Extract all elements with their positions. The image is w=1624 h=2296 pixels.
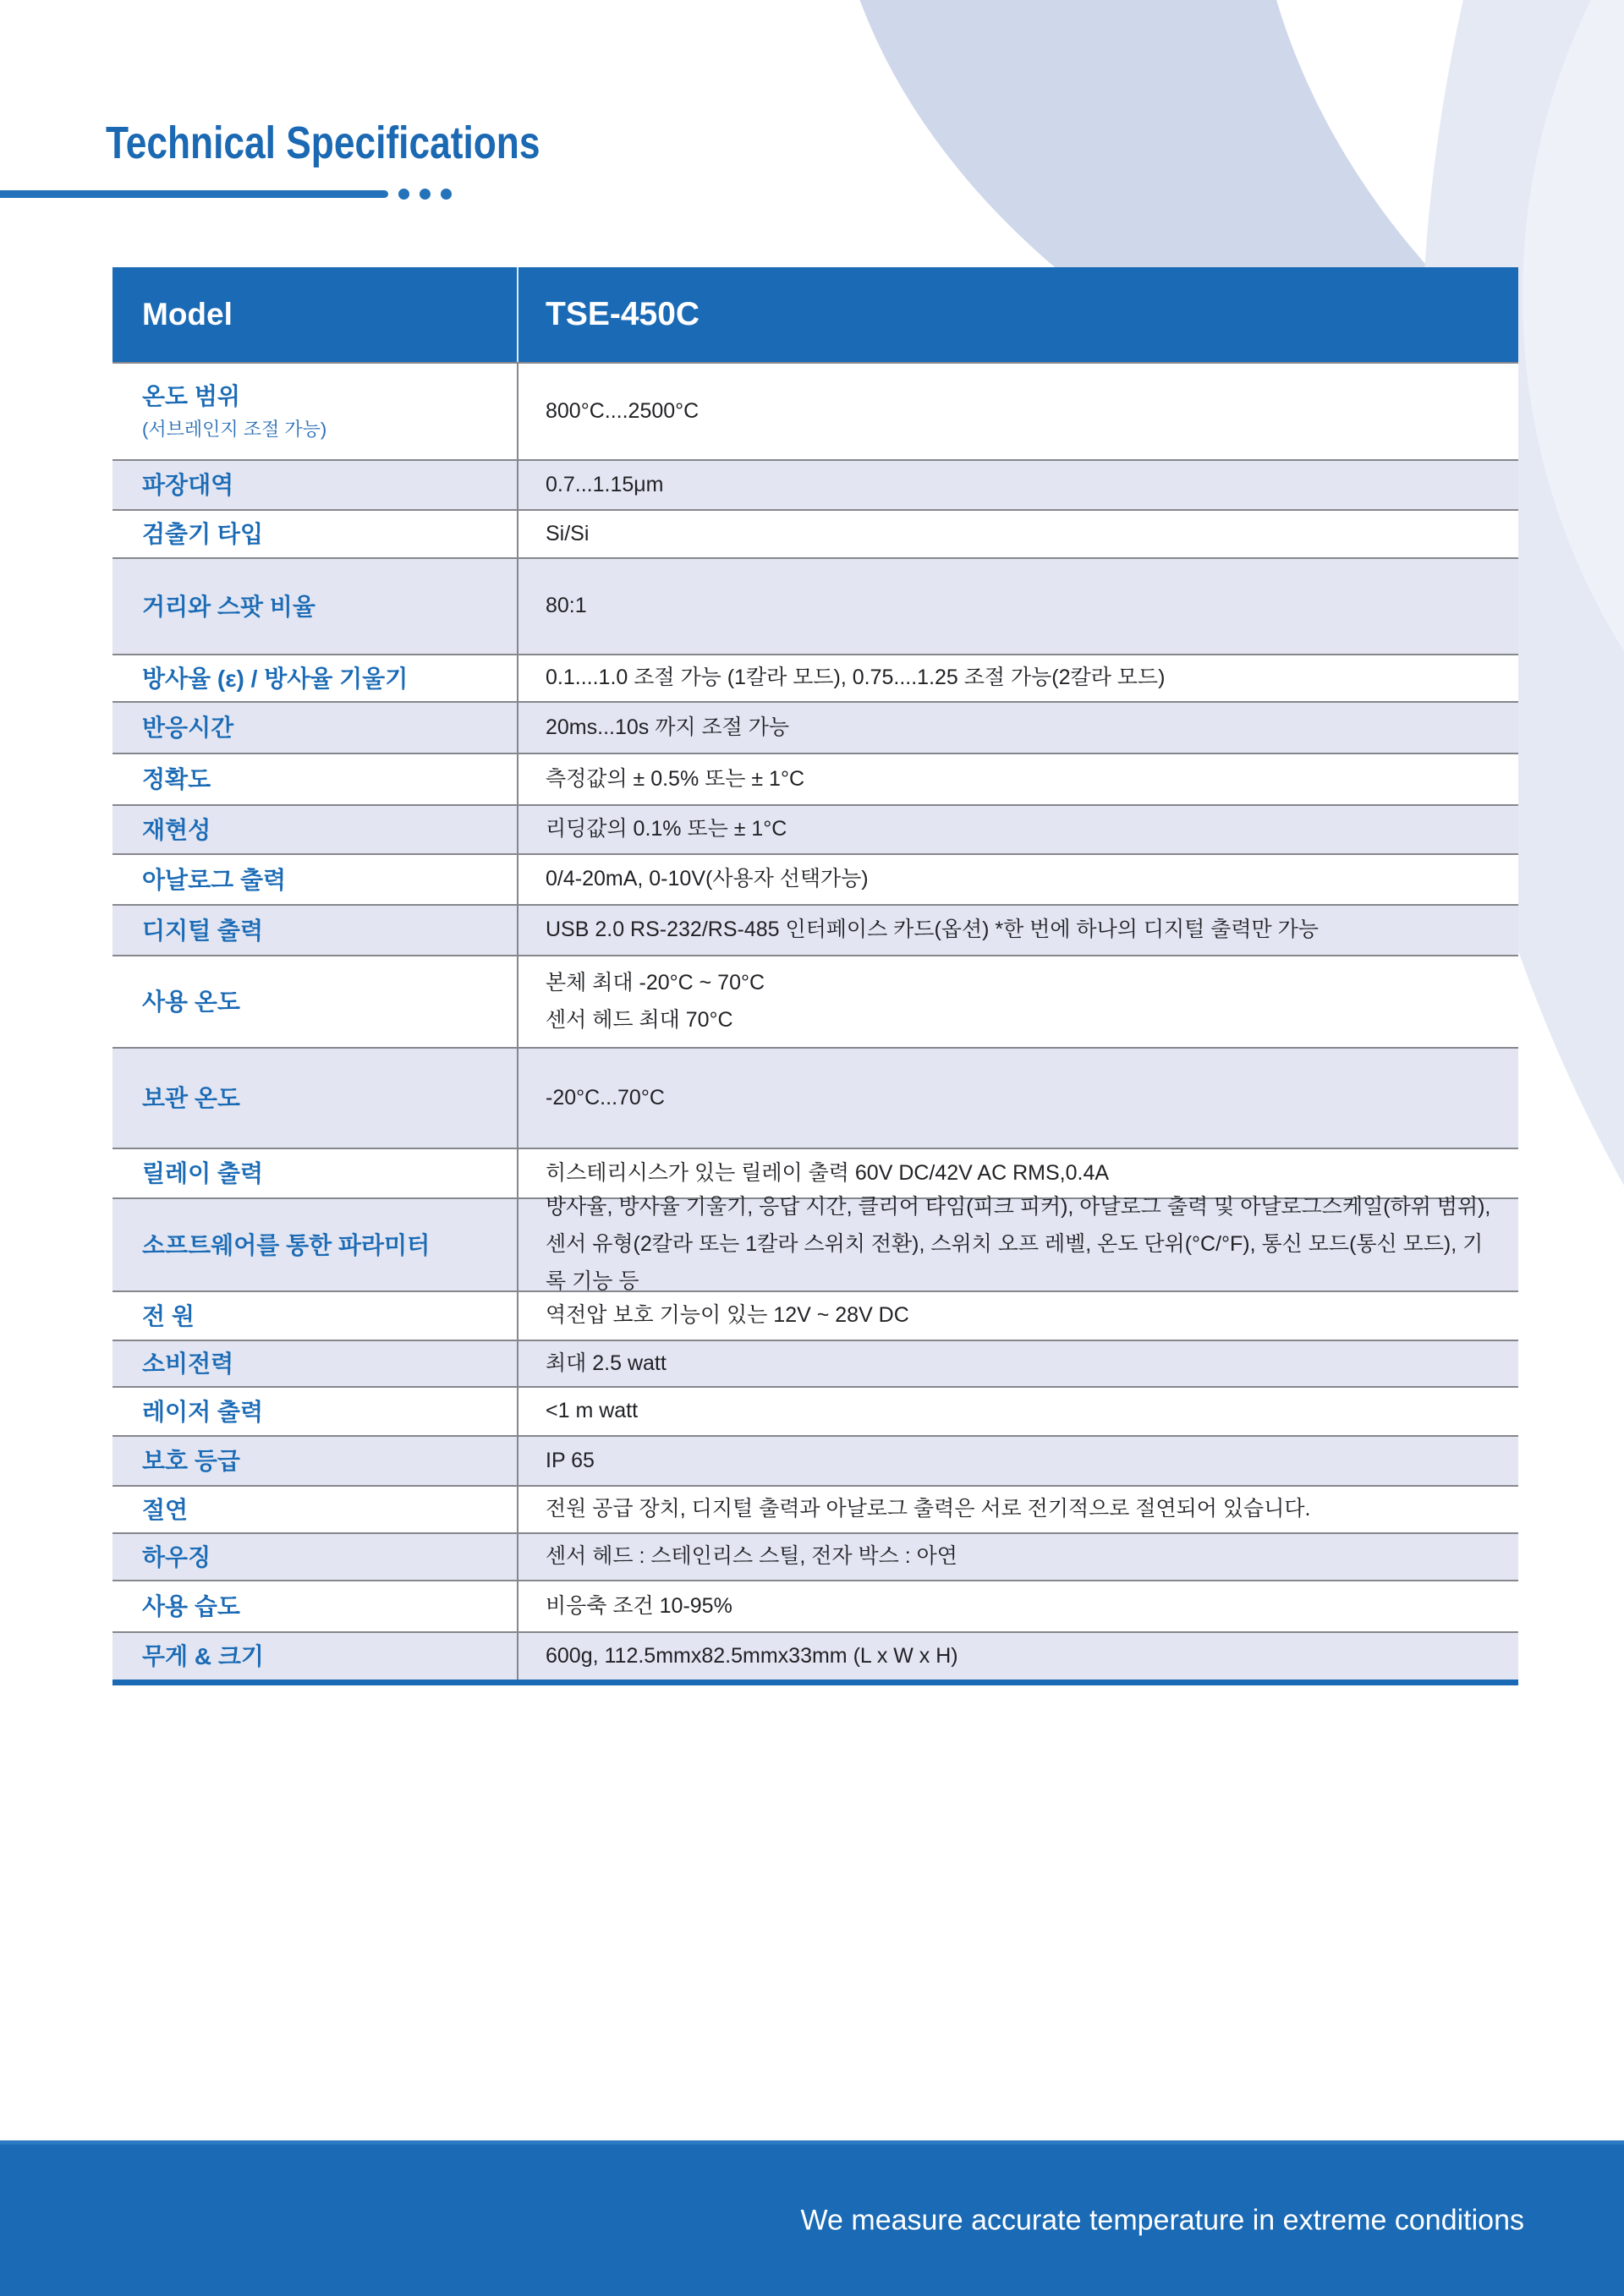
spec-value-line: 최대 2.5 watt [546, 1345, 1501, 1383]
spec-label-cell: 검출기 타입 [112, 511, 518, 557]
spec-label-text: 보관 온도 [142, 1083, 517, 1113]
model-header-value: TSE-450C [518, 267, 1518, 362]
spec-row-3: 검출기 타입Si/Si [112, 509, 1518, 557]
model-header-label: Model [112, 267, 518, 362]
spec-row-12: 보관 온도-20°C...70°C [112, 1047, 1518, 1148]
spec-value-line: 센서 헤드 : 스테인리스 스틸, 전자 박스 : 아연 [546, 1538, 1501, 1575]
spec-label-cell: 아날로그 출력 [112, 855, 518, 904]
spec-sublabel-text: (서브레인지 조절 가능) [142, 415, 517, 441]
spec-label-cell: 하우징 [112, 1534, 518, 1580]
spec-row-2: 파장대역0.7...1.15μm [112, 459, 1518, 509]
spec-value-line: 800°C....2500°C [546, 393, 1501, 430]
spec-label-text: 검출기 타입 [142, 519, 517, 549]
spec-label-text: 무게 & 크기 [142, 1641, 517, 1671]
spec-label-text: 전 원 [142, 1301, 517, 1331]
spec-value-line: 0/4-20mA, 0-10V(사용자 선택가능) [546, 861, 1501, 898]
spec-value-line: USB 2.0 RS-232/RS-485 인터페이스 카드(옵션) *한 번에… [546, 912, 1501, 949]
spec-label-text: 재현성 [142, 815, 517, 845]
spec-table-header-row: Model TSE-450C [112, 267, 1518, 362]
spec-label-cell: 사용 온도 [112, 956, 518, 1047]
spec-label-text: 절연 [142, 1495, 517, 1525]
spec-label-cell: 정확도 [112, 754, 518, 804]
spec-label-text: 소프트웨어를 통한 파라미터 [142, 1230, 517, 1260]
spec-label-cell: 레이저 출력 [112, 1388, 518, 1435]
spec-row-18: 보호 등급IP 65 [112, 1435, 1518, 1485]
spec-value-line: 측정값의 ± 0.5% 또는 ± 1°C [546, 761, 1501, 798]
spec-label-cell: 반응시간 [112, 703, 518, 753]
spec-value-cell: 방사율, 방사율 기울기, 응답 시간, 클리어 타임(피크 피커), 아날로그… [518, 1199, 1518, 1290]
spec-value-line: <1 m watt [546, 1393, 1501, 1430]
spec-label-text: 디지털 출력 [142, 916, 517, 945]
page-title: Technical Specifications [106, 117, 540, 169]
underline-dot-2 [420, 189, 431, 200]
spec-value-cell: -20°C...70°C [518, 1049, 1518, 1148]
spec-value-line: 역전압 보호 기능이 있는 12V ~ 28V DC [546, 1297, 1501, 1334]
spec-row-20: 하우징센서 헤드 : 스테인리스 스틸, 전자 박스 : 아연 [112, 1532, 1518, 1580]
spec-value-line: 80:1 [546, 588, 1501, 625]
page-footer: We measure accurate temperature in extre… [0, 2140, 1624, 2296]
spec-value-line: 센서 헤드 최대 70°C [546, 1002, 1501, 1039]
underline-dot-1 [398, 189, 409, 200]
spec-label-cell: 소프트웨어를 통한 파라미터 [112, 1199, 518, 1290]
spec-label-cell: 전 원 [112, 1292, 518, 1340]
title-underline [0, 189, 452, 200]
spec-row-14: 소프트웨어를 통한 파라미터방사율, 방사율 기울기, 응답 시간, 클리어 타… [112, 1197, 1518, 1290]
spec-label-cell: 보호 등급 [112, 1437, 518, 1485]
spec-value-cell: 전원 공급 장치, 디지털 출력과 아날로그 출력은 서로 전기적으로 절연되어… [518, 1487, 1518, 1532]
spec-row-1: 온도 범위(서브레인지 조절 가능)800°C....2500°C [112, 362, 1518, 459]
spec-row-17: 레이저 출력<1 m watt [112, 1386, 1518, 1435]
spec-value-line: 센서 유형(2칼라 또는 1칼라 스위치 전환), 스위치 오프 레벨, 온도 … [546, 1226, 1501, 1301]
spec-row-5: 방사율 (ε) / 방사율 기울기0.1....1.0 조절 가능 (1칼라 모… [112, 654, 1518, 701]
spec-label-cell: 디지털 출력 [112, 906, 518, 955]
spec-value-line: 비응축 조건 10-95% [546, 1588, 1501, 1625]
spec-value-cell: 최대 2.5 watt [518, 1341, 1518, 1386]
spec-label-cell: 온도 범위(서브레인지 조절 가능) [112, 364, 518, 459]
spec-value-cell: 0.7...1.15μm [518, 461, 1518, 509]
spec-label-text: 레이저 출력 [142, 1397, 517, 1427]
spec-label-cell: 소비전력 [112, 1341, 518, 1386]
underline-line [0, 190, 388, 198]
spec-value-cell: 0/4-20mA, 0-10V(사용자 선택가능) [518, 855, 1518, 904]
spec-row-7: 정확도측정값의 ± 0.5% 또는 ± 1°C [112, 753, 1518, 804]
spec-value-cell: 본체 최대 -20°C ~ 70°C센서 헤드 최대 70°C [518, 956, 1518, 1047]
spec-label-text: 아날로그 출력 [142, 865, 517, 895]
spec-value-cell: 20ms...10s 까지 조절 가능 [518, 703, 1518, 753]
spec-row-4: 거리와 스팟 비율80:1 [112, 557, 1518, 654]
spec-label-text: 하우징 [142, 1543, 517, 1572]
spec-label-text: 파장대역 [142, 470, 517, 500]
background-shape-corner-lightest [1522, 0, 1624, 930]
spec-value-cell: 측정값의 ± 0.5% 또는 ± 1°C [518, 754, 1518, 804]
spec-value-line: 20ms...10s 까지 조절 가능 [546, 710, 1501, 747]
spec-label-cell: 무게 & 크기 [112, 1633, 518, 1680]
spec-value-cell: Si/Si [518, 511, 1518, 557]
spec-label-cell: 보관 온도 [112, 1049, 518, 1148]
spec-value-line: 전원 공급 장치, 디지털 출력과 아날로그 출력은 서로 전기적으로 절연되어… [546, 1491, 1501, 1528]
spec-table-body: 온도 범위(서브레인지 조절 가능)800°C....2500°C파장대역0.7… [112, 362, 1518, 1680]
spec-label-cell: 파장대역 [112, 461, 518, 509]
spec-value-cell: <1 m watt [518, 1388, 1518, 1435]
spec-row-6: 반응시간20ms...10s 까지 조절 가능 [112, 701, 1518, 753]
spec-value-cell: 역전압 보호 기능이 있는 12V ~ 28V DC [518, 1292, 1518, 1340]
spec-row-11: 사용 온도본체 최대 -20°C ~ 70°C센서 헤드 최대 70°C [112, 955, 1518, 1047]
spec-label-text: 온도 범위 [142, 381, 517, 411]
spec-label-text: 사용 온도 [142, 987, 517, 1016]
spec-value-line: 히스테리시스가 있는 릴레이 출력 60V DC/42V AC RMS,0.4A [546, 1155, 1501, 1192]
spec-value-line: 0.7...1.15μm [546, 467, 1501, 504]
spec-value-cell: 리딩값의 0.1% 또는 ± 1°C [518, 806, 1518, 853]
spec-value-cell: 0.1....1.0 조절 가능 (1칼라 모드), 0.75....1.25 … [518, 655, 1518, 701]
spec-label-text: 방사율 (ε) / 방사율 기울기 [142, 664, 517, 693]
spec-label-text: 사용 습도 [142, 1592, 517, 1621]
spec-value-cell: 80:1 [518, 559, 1518, 654]
spec-label-cell: 방사율 (ε) / 방사율 기울기 [112, 655, 518, 701]
spec-value-cell: 600g, 112.5mmx82.5mmx33mm (L x W x H) [518, 1633, 1518, 1680]
spec-value-line: Si/Si [546, 516, 1501, 553]
underline-dot-3 [441, 189, 452, 200]
spec-value-cell: USB 2.0 RS-232/RS-485 인터페이스 카드(옵션) *한 번에… [518, 906, 1518, 955]
spec-value-line: -20°C...70°C [546, 1080, 1501, 1117]
spec-value-cell: 800°C....2500°C [518, 364, 1518, 459]
spec-row-21: 사용 습도비응축 조건 10-95% [112, 1580, 1518, 1631]
spec-label-text: 반응시간 [142, 713, 517, 743]
spec-label-cell: 사용 습도 [112, 1581, 518, 1631]
spec-row-19: 절연전원 공급 장치, 디지털 출력과 아날로그 출력은 서로 전기적으로 절연… [112, 1485, 1518, 1532]
spec-value-cell: 비응축 조건 10-95% [518, 1581, 1518, 1631]
spec-value-line: IP 65 [546, 1443, 1501, 1480]
spec-label-text: 거리와 스팟 비율 [142, 592, 517, 622]
spec-value-cell: IP 65 [518, 1437, 1518, 1485]
spec-row-16: 소비전력최대 2.5 watt [112, 1340, 1518, 1386]
spec-label-cell: 릴레이 출력 [112, 1149, 518, 1197]
spec-label-cell: 거리와 스팟 비율 [112, 559, 518, 654]
spec-label-cell: 재현성 [112, 806, 518, 853]
spec-value-line: 0.1....1.0 조절 가능 (1칼라 모드), 0.75....1.25 … [546, 660, 1501, 697]
spec-table: Model TSE-450C 온도 범위(서브레인지 조절 가능)800°C..… [112, 267, 1518, 1685]
spec-label-cell: 절연 [112, 1487, 518, 1532]
spec-row-8: 재현성리딩값의 0.1% 또는 ± 1°C [112, 804, 1518, 853]
spec-row-15: 전 원역전압 보호 기능이 있는 12V ~ 28V DC [112, 1290, 1518, 1340]
spec-row-22: 무게 & 크기600g, 112.5mmx82.5mmx33mm (L x W … [112, 1631, 1518, 1680]
spec-row-9: 아날로그 출력0/4-20mA, 0-10V(사용자 선택가능) [112, 853, 1518, 904]
spec-value-line: 본체 최대 -20°C ~ 70°C [546, 965, 1501, 1002]
spec-row-10: 디지털 출력USB 2.0 RS-232/RS-485 인터페이스 카드(옵션)… [112, 904, 1518, 955]
spec-label-text: 소비전력 [142, 1349, 517, 1378]
spec-label-text: 정확도 [142, 764, 517, 794]
footer-tagline: We measure accurate temperature in extre… [801, 2204, 1524, 2237]
spec-value-line: 리딩값의 0.1% 또는 ± 1°C [546, 811, 1501, 848]
spec-value-line: 방사율, 방사율 기울기, 응답 시간, 클리어 타임(피크 피커), 아날로그… [546, 1189, 1501, 1226]
spec-value-cell: 센서 헤드 : 스테인리스 스틸, 전자 박스 : 아연 [518, 1534, 1518, 1580]
spec-value-line: 600g, 112.5mmx82.5mmx33mm (L x W x H) [546, 1638, 1501, 1675]
spec-label-text: 보호 등급 [142, 1446, 517, 1476]
spec-label-text: 릴레이 출력 [142, 1159, 517, 1188]
spec-sheet-page: Technical Specifications Model TSE-450C … [0, 0, 1624, 2296]
